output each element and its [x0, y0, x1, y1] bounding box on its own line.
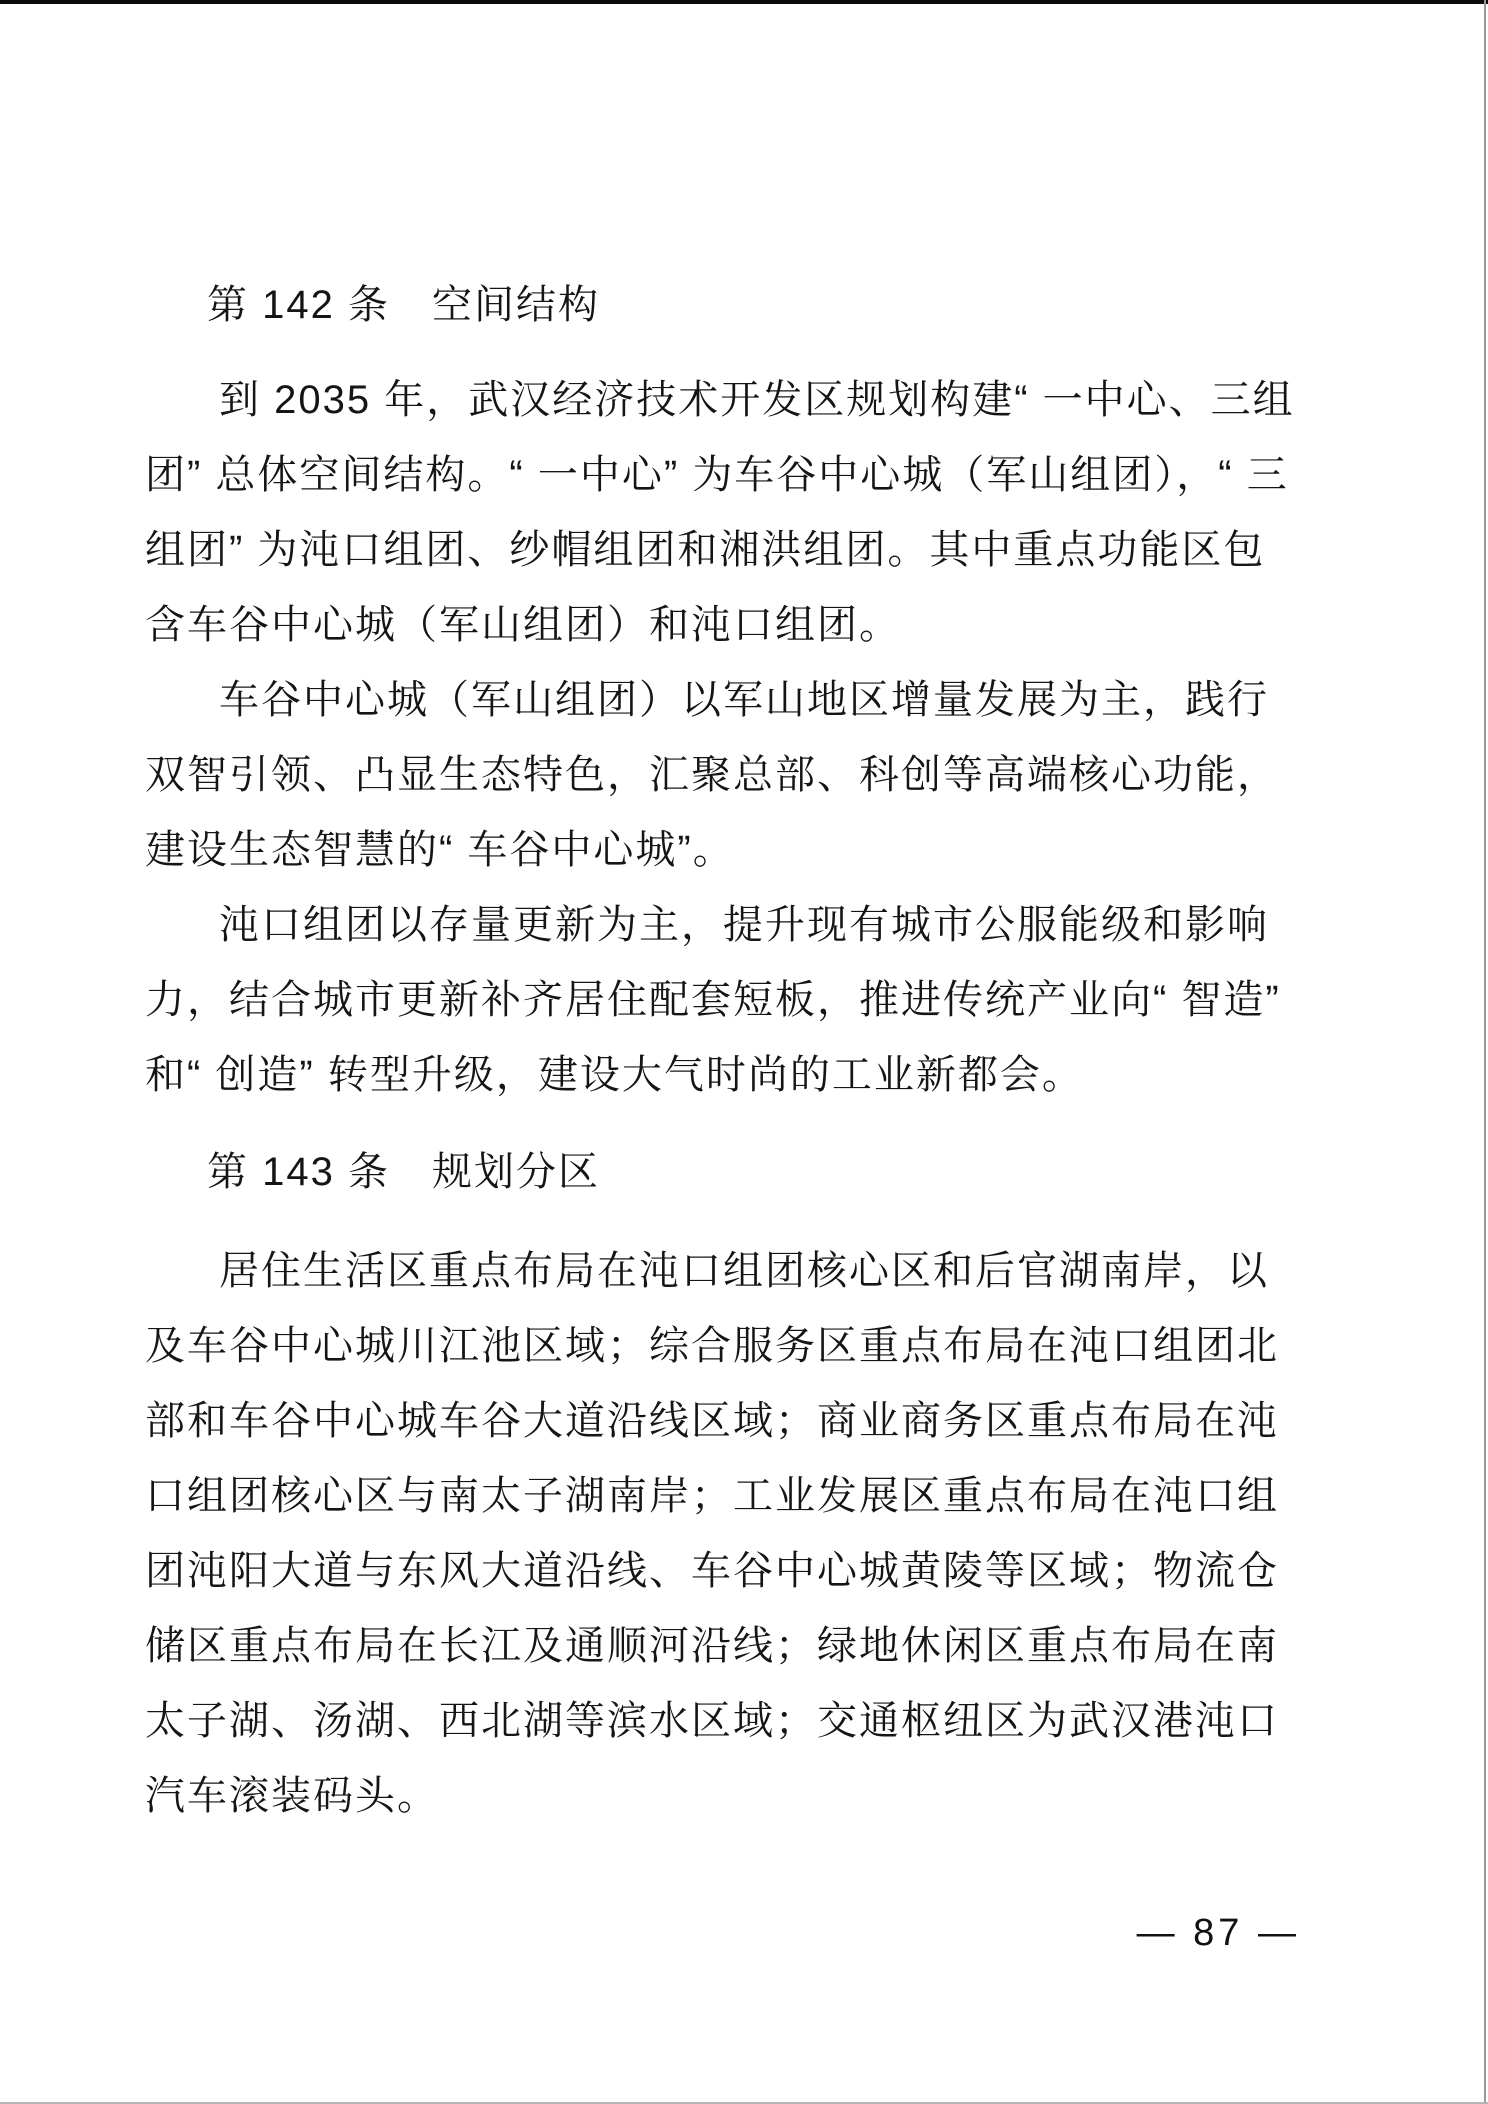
- text-line: 汽车滚装码头。: [145, 1759, 1349, 1834]
- text-line: 居住生活区重点布局在沌口组团核心区和后官湖南岸，以: [145, 1234, 1349, 1309]
- page-number: — 87 —: [1137, 1912, 1300, 1955]
- text-line: 太子湖、汤湖、西北湖等滨水区域；交通枢纽区为武汉港沌口: [145, 1684, 1349, 1759]
- text-line: 储区重点布局在长江及通顺河沿线；绿地休闲区重点布局在南: [145, 1609, 1349, 1684]
- text-line: 和“ 创造” 转型升级，建设大气时尚的工业新都会。: [145, 1038, 1349, 1113]
- document-body: 第 142 条 空间结构 到 2035 年，武汉经济技术开发区规划构建“ 一中心…: [145, 268, 1349, 1834]
- text-line: 到 2035 年，武汉经济技术开发区规划构建“ 一中心、三组: [145, 363, 1349, 438]
- text-line: 口组团核心区与南太子湖南岸；工业发展区重点布局在沌口组: [145, 1459, 1349, 1534]
- text-line: 双智引领、凸显生态特色，汇聚总部、科创等高端核心功能，: [145, 738, 1349, 813]
- text-line: 部和车谷中心城车谷大道沿线区域；商业商务区重点布局在沌: [145, 1384, 1349, 1459]
- article-143-heading: 第 143 条 规划分区: [145, 1135, 1349, 1210]
- text-line: 建设生态智慧的“ 车谷中心城”。: [145, 813, 1349, 888]
- text-line: 力，结合城市更新补齐居住配套短板，推进传统产业向“ 智造”: [145, 963, 1349, 1038]
- text-line: 团沌阳大道与东风大道沿线、车谷中心城黄陵等区域；物流仓: [145, 1534, 1349, 1609]
- scan-right-edge: [1484, 0, 1486, 2104]
- document-page: 第 142 条 空间结构 到 2035 年，武汉经济技术开发区规划构建“ 一中心…: [0, 0, 1488, 2104]
- text-line: 车谷中心城（军山组团）以军山地区增量发展为主，践行: [145, 663, 1349, 738]
- scan-top-edge: [0, 0, 1488, 4]
- text-line: 含车谷中心城（军山组团）和沌口组团。: [145, 588, 1349, 663]
- text-line: 及车谷中心城川江池区域；综合服务区重点布局在沌口组团北: [145, 1309, 1349, 1384]
- text-line: 组团” 为沌口组团、纱帽组团和湘洪组团。其中重点功能区包: [145, 513, 1349, 588]
- text-line: 团” 总体空间结构。“ 一中心” 为车谷中心城（军山组团），“ 三: [145, 438, 1349, 513]
- text-line: 沌口组团以存量更新为主，提升现有城市公服能级和影响: [145, 888, 1349, 963]
- article-142-heading: 第 142 条 空间结构: [145, 268, 1349, 343]
